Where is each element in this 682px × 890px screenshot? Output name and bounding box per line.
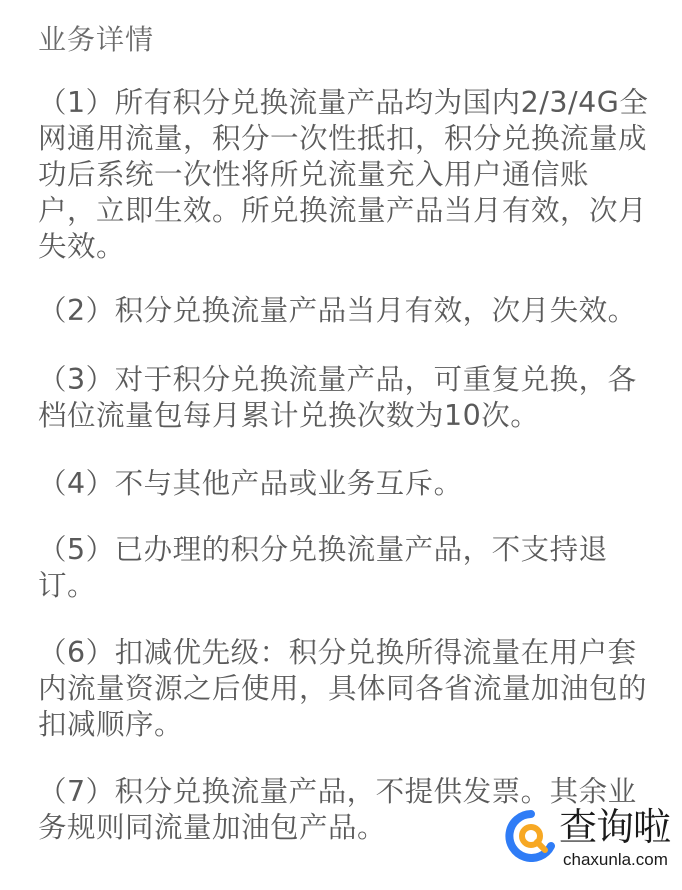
rule-line: （3）对于积分兑换流量产品，可重复兑换，各	[38, 362, 648, 398]
rule-line: （5）已办理的积分兑换流量产品，不支持退	[38, 532, 648, 568]
rule-line: （1）所有积分兑换流量产品均为国内2/3/4G全	[38, 85, 648, 121]
search-magnifier-logo-icon	[505, 810, 557, 862]
page-title: 业务详情	[38, 22, 154, 58]
rule-line: 订。	[38, 568, 648, 604]
rule-item-4: （4）不与其他产品或业务互斥。	[38, 466, 648, 502]
rule-line: （7）积分兑换流量产品，不提供发票。其余业	[38, 774, 648, 810]
rule-item-1: （1）所有积分兑换流量产品均为国内2/3/4G全 网通用流量，积分一次性抵扣，积…	[38, 85, 648, 265]
rule-line: 失效。	[38, 229, 648, 265]
watermark: 查询啦 chaxunla.com	[505, 808, 675, 878]
rule-line: 户，立即生效。所兑换流量产品当月有效，次月	[38, 193, 648, 229]
rule-line: （6）扣减优先级：积分兑换所得流量在用户套	[38, 635, 648, 671]
rule-line: 档位流量包每月累计兑换次数为10次。	[38, 398, 648, 434]
watermark-url: chaxunla.com	[563, 850, 668, 870]
rule-line: 功后系统一次性将所兑流量充入用户通信账	[38, 157, 648, 193]
rule-line: 网通用流量，积分一次性抵扣，积分兑换流量成	[38, 121, 648, 157]
watermark-brand: 查询啦	[559, 804, 670, 850]
rule-item-3: （3）对于积分兑换流量产品，可重复兑换，各 档位流量包每月累计兑换次数为10次。	[38, 362, 648, 434]
rule-item-2: （2）积分兑换流量产品当月有效，次月失效。	[38, 293, 648, 329]
rule-line: 内流量资源之后使用，具体同各省流量加油包的	[38, 671, 648, 707]
rule-line: 扣减顺序。	[38, 707, 648, 743]
rule-line: （2）积分兑换流量产品当月有效，次月失效。	[38, 293, 648, 329]
rule-item-5: （5）已办理的积分兑换流量产品，不支持退 订。	[38, 532, 648, 604]
rule-line: （4）不与其他产品或业务互斥。	[38, 466, 648, 502]
rule-item-6: （6）扣减优先级：积分兑换所得流量在用户套 内流量资源之后使用，具体同各省流量加…	[38, 635, 648, 743]
